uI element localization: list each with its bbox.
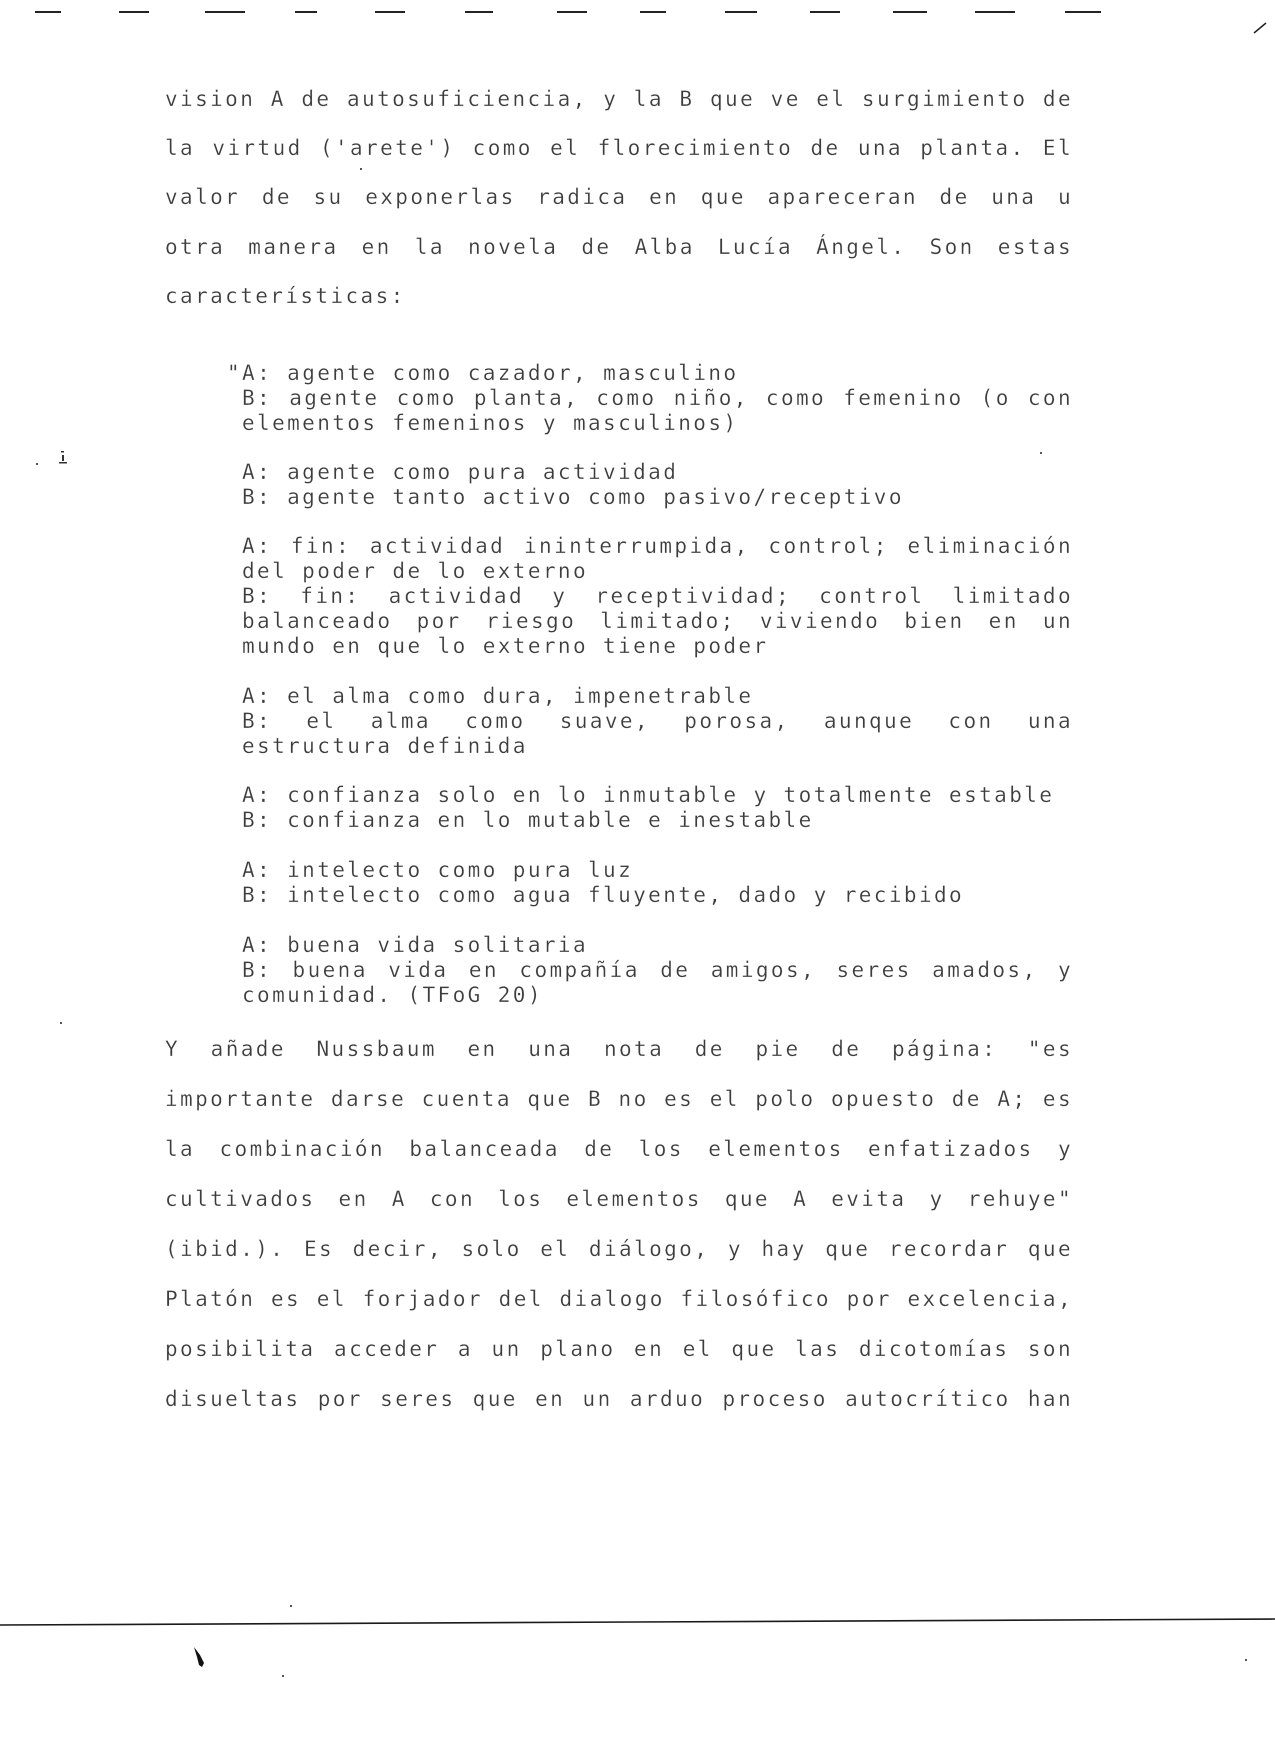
- quote-line-a: A: buena vida solitaria: [242, 932, 1073, 958]
- quote-line-b: B: intelecto como agua fluyente, dado y …: [242, 882, 1073, 908]
- text-line: (ibid.). Es decir, solo el diálogo, y ha…: [165, 1236, 1073, 1262]
- text-line: cultivados en A con los elementos que A …: [165, 1186, 1073, 1212]
- quote-line-b: elementos femeninos y masculinos): [242, 410, 1073, 436]
- stray-ink-mark: [192, 1645, 208, 1669]
- text-line: posibilita acceder a un plano en el que …: [165, 1336, 1073, 1362]
- quote-line-b: B: confianza en lo mutable e inestable: [242, 807, 1073, 833]
- text-line: Y añade Nussbaum en una nota de pie de p…: [165, 1036, 1073, 1062]
- text-line: otra manera en la novela de Alba Lucía Á…: [165, 234, 1073, 260]
- quote-line-b: comunidad. (TFoG 20): [242, 982, 1073, 1008]
- text-line: la virtud ('arete') como el florecimient…: [165, 135, 1073, 161]
- quote-line-a: A: agente como pura actividad: [242, 459, 1073, 485]
- text-line: características:: [165, 283, 1073, 309]
- scan-speck: [290, 1605, 292, 1607]
- quote-line-b: mundo en que lo externo tiene poder: [242, 633, 1073, 659]
- scan-speck: [60, 1022, 62, 1024]
- text-line: disueltas por seres que en un arduo proc…: [165, 1386, 1073, 1412]
- quote-line-b: estructura definida: [242, 733, 1073, 759]
- scan-speck: [282, 1675, 284, 1677]
- text-line: importante darse cuenta que B no es el p…: [165, 1086, 1073, 1112]
- scan-speck: [1040, 452, 1042, 454]
- quote-line-a: A: intelecto como pura luz: [242, 857, 1073, 883]
- scan-speck: [360, 168, 362, 170]
- footer-divider-line: [0, 1618, 1275, 1626]
- text-line: Platón es el forjador del dialogo filosó…: [165, 1286, 1073, 1312]
- text-line: valor de su exponerlas radica en que apa…: [165, 184, 1073, 210]
- margin-pen-mark: [58, 451, 68, 465]
- scan-speck: [1245, 1659, 1247, 1661]
- quote-line-b: B: el alma como suave, porosa, aunque co…: [242, 708, 1073, 734]
- quote-line-a: "A: agente como cazador, masculino: [227, 360, 1073, 386]
- quote-line-a: A: confianza solo en lo inmutable y tota…: [242, 782, 1073, 808]
- scanned-page: vision A de autosuficiencia, y la B que …: [0, 0, 1275, 1755]
- corner-scan-mark: [1253, 22, 1267, 34]
- quote-line-a: A: el alma como dura, impenetrable: [242, 683, 1073, 709]
- quote-line-b: balanceado por riesgo limitado; viviendo…: [242, 608, 1073, 634]
- quote-line-a: A: fin: actividad ininterrumpida, contro…: [242, 533, 1073, 559]
- text-line: la combinación balanceada de los element…: [165, 1136, 1073, 1162]
- quote-line-b: B: buena vida en compañía de amigos, ser…: [242, 957, 1073, 983]
- quote-line-b: B: agente como planta, como niño, como f…: [242, 385, 1073, 411]
- scan-artifact-strip: [35, 8, 1235, 18]
- scan-speck: [36, 463, 38, 465]
- text-line: vision A de autosuficiencia, y la B que …: [165, 86, 1073, 112]
- quote-line-a: del poder de lo externo: [242, 558, 1073, 584]
- quote-line-b: B: fin: actividad y receptividad; contro…: [242, 583, 1073, 609]
- quote-line-b: B: agente tanto activo como pasivo/recep…: [242, 484, 1073, 510]
